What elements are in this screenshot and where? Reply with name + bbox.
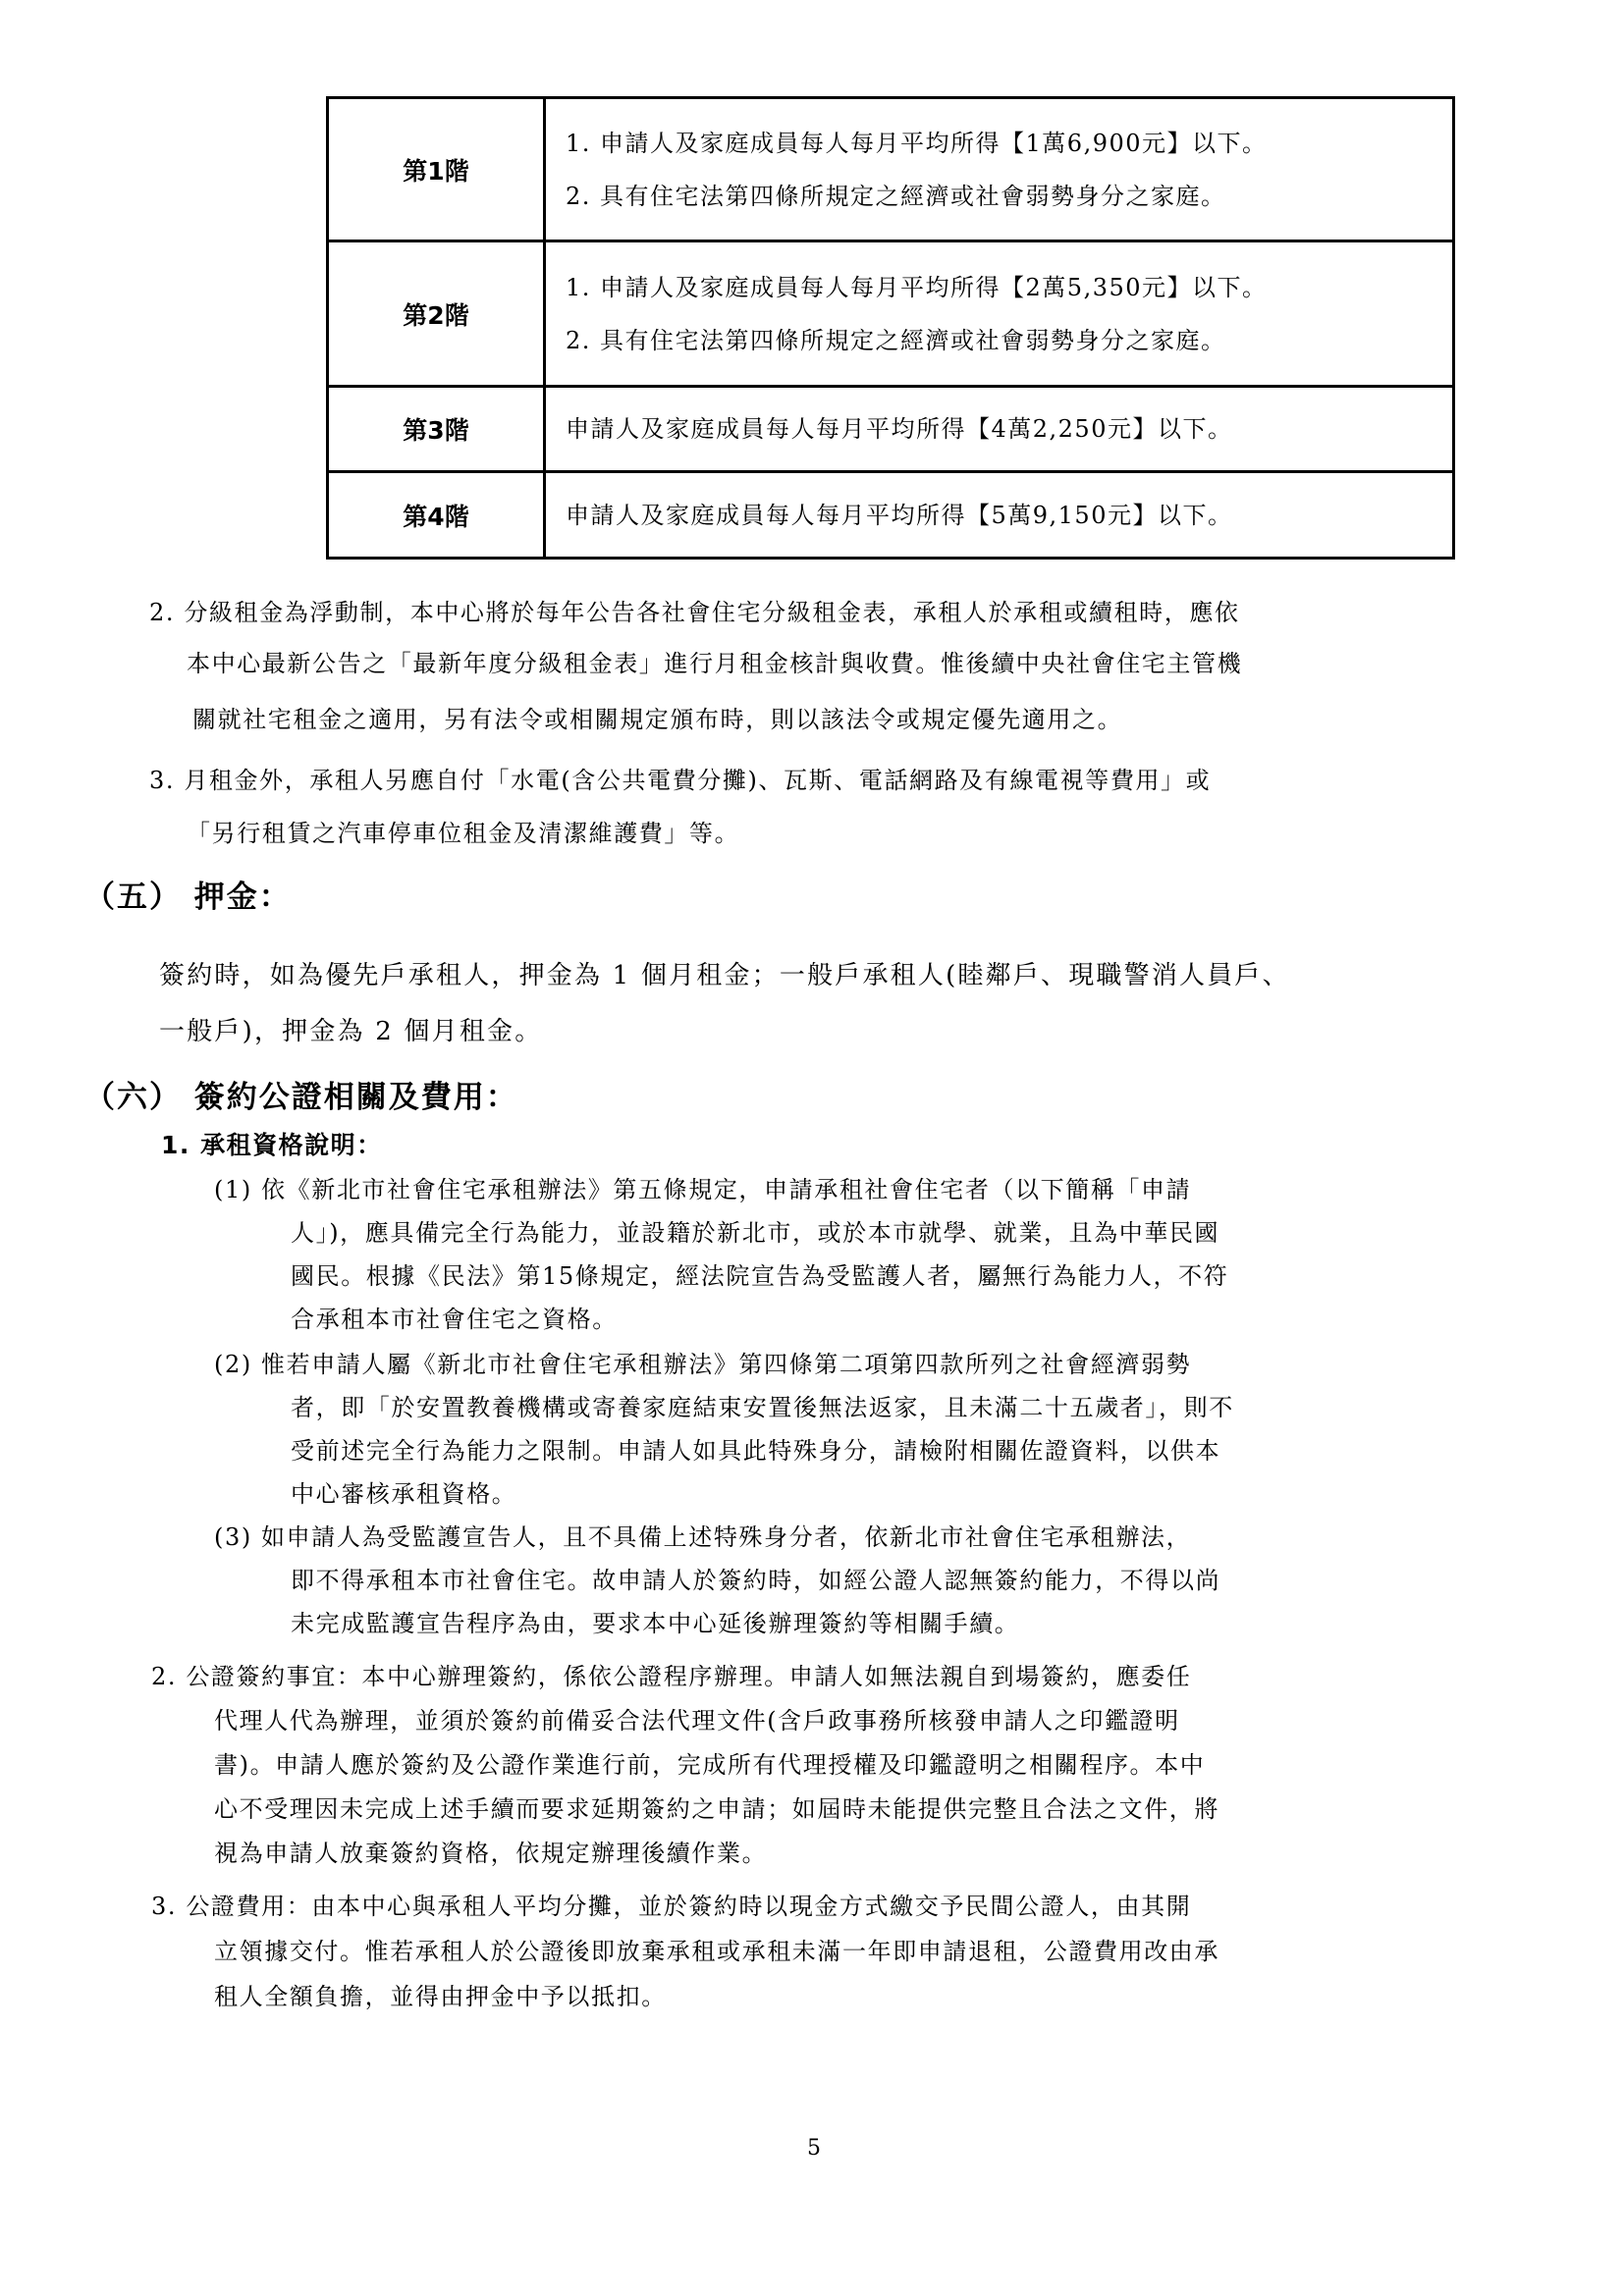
eligibility-clause-2-line: (2) 惟若申請人屬《新北市社會住宅承租辦法》第四條第二項第四款所列之社會經濟弱… <box>214 1345 1191 1379</box>
eligibility-clause-3-line: (3) 如申請人為受監護宣告人，且不具備上述特殊身分者，依新北市社會住宅承租辦法… <box>214 1518 1191 1552</box>
tier-label: 第2階 <box>328 241 545 387</box>
tier-row: 第2階 1. 申請人及家庭成員每人每月平均所得【2萬5,350元】以下。 2. … <box>328 241 1454 387</box>
deposit-text-line: 一般戶)，押金為 2 個月租金。 <box>159 1011 542 1047</box>
notarization-matters-line: 視為申請人放棄簽約資格，依規定辦理後續作業。 <box>214 1834 767 1868</box>
notarization-matters-line: 書)。申請人應於簽約及公證作業進行前，完成所有代理授權及印鑑證明之相關程序。本中 <box>214 1745 1205 1780</box>
notarization-matters-line: 代理人代為辦理，並須於簽約前備妥合法代理文件(含戶政事務所核發申請人之印鑑證明 <box>214 1701 1180 1735</box>
eligibility-clause-1-line: 國民。根據《民法》第15條規定，經法院宣告為受監護人者，屬無行為能力人，不符 <box>291 1256 1228 1291</box>
tier-criterion: 1. 申請人及家庭成員每人每月平均所得【2萬5,350元】以下。 <box>566 261 1452 314</box>
section-heading-notarization: （六） 簽約公證相關及費用： <box>84 1072 518 1116</box>
income-tier-table: 第1階 1. 申請人及家庭成員每人每月平均所得【1萬6,900元】以下。 2. … <box>326 96 1455 560</box>
rent-note-3-line: 3. 月租金外，承租人另應自付「水電(含公共電費分攤)、瓦斯、電話網路及有線電視… <box>149 761 1211 795</box>
section-heading-deposit: （五） 押金： <box>84 872 292 916</box>
tier-row: 第3階 申請人及家庭成員每人每月平均所得【4萬2,250元】以下。 <box>328 387 1454 472</box>
eligibility-clause-1-line: (1) 依《新北市社會住宅承租辦法》第五條規定，申請承租社會住宅者（以下簡稱「申… <box>214 1170 1191 1204</box>
subsection-title-eligibility: 1. 承租資格說明： <box>161 1126 383 1161</box>
tier-criterion: 申請人及家庭成員每人每月平均所得【5萬9,150元】以下。 <box>566 489 1452 542</box>
eligibility-clause-3-line: 未完成監護宣告程序為由，要求本中心延後辦理簽約等相關手續。 <box>291 1604 1019 1638</box>
notarization-fee-line: 立領據交付。惟若承租人於公證後即放棄承租或承租未滿一年即申請退租，公證費用改由承 <box>214 1932 1219 1966</box>
tier-row: 第4階 申請人及家庭成員每人每月平均所得【5萬9,150元】以下。 <box>328 472 1454 559</box>
eligibility-clause-2-line: 者，即「於安置教養機構或寄養家庭結束安置後無法返家，且未滿二十五歲者」，則不 <box>291 1388 1234 1422</box>
tier-description: 申請人及家庭成員每人每月平均所得【4萬2,250元】以下。 <box>545 387 1454 472</box>
deposit-text-line: 簽約時，如為優先戶承租人，押金為 1 個月租金；一般戶承租人(睦鄰戶、現職警消人… <box>159 955 1290 991</box>
tier-row: 第1階 1. 申請人及家庭成員每人每月平均所得【1萬6,900元】以下。 2. … <box>328 98 1454 241</box>
rent-note-3-line: 「另行租賃之汽車停車位租金及清潔維護費」等。 <box>187 814 739 848</box>
notarization-matters-line: 心不受理因未完成上述手續而要求延期簽約之申請；如屆時未能提供完整且合法之文件，將 <box>214 1789 1219 1824</box>
rent-note-2-line: 2. 分級租金為浮動制，本中心將於每年公告各社會住宅分級租金表，承租人於承租或續… <box>149 593 1240 627</box>
tier-label: 第4階 <box>328 472 545 559</box>
eligibility-clause-3-line: 即不得承租本市社會住宅。故申請人於簽約時，如經公證人認無簽約能力，不得以尚 <box>291 1561 1220 1595</box>
eligibility-clause-1-line: 合承租本市社會住宅之資格。 <box>291 1300 618 1334</box>
page-number: 5 <box>807 2136 821 2161</box>
tier-criterion: 申請人及家庭成員每人每月平均所得【4萬2,250元】以下。 <box>566 402 1452 455</box>
notarization-fee-line: 租人全額負擔，並得由押金中予以抵扣。 <box>214 1977 667 2011</box>
rent-note-2-line: 本中心最新公告之「最新年度分級租金表」進行月租金核計與收費。惟後續中央社會住宅主… <box>187 644 1242 678</box>
tier-description: 1. 申請人及家庭成員每人每月平均所得【1萬6,900元】以下。 2. 具有住宅… <box>545 98 1454 241</box>
notarization-matters-line: 2. 公證簽約事宜：本中心辦理簽約，係依公證程序辦理。申請人如無法親自到場簽約，… <box>151 1657 1191 1691</box>
tier-description: 申請人及家庭成員每人每月平均所得【5萬9,150元】以下。 <box>545 472 1454 559</box>
eligibility-clause-2-line: 受前述完全行為能力之限制。申請人如具此特殊身分，請檢附相關佐證資料，以供本 <box>291 1431 1220 1466</box>
eligibility-clause-2-line: 中心審核承租資格。 <box>291 1474 516 1509</box>
tier-criterion: 2. 具有住宅法第四條所規定之經濟或社會弱勢身分之家庭。 <box>566 314 1452 367</box>
tier-criterion: 1. 申請人及家庭成員每人每月平均所得【1萬6,900元】以下。 <box>566 117 1452 170</box>
rent-note-2-line: 關就社宅租金之適用，另有法令或相關規定頒布時，則以該法令或規定優先適用之。 <box>192 700 1122 734</box>
tier-description: 1. 申請人及家庭成員每人每月平均所得【2萬5,350元】以下。 2. 具有住宅… <box>545 241 1454 387</box>
document-page: 第1階 1. 申請人及家庭成員每人每月平均所得【1萬6,900元】以下。 2. … <box>0 0 1624 2296</box>
tier-label: 第3階 <box>328 387 545 472</box>
notarization-fee-line: 3. 公證費用：由本中心與承租人平均分攤，並於簽約時以現金方式繳交予民間公證人，… <box>151 1887 1191 1921</box>
tier-criterion: 2. 具有住宅法第四條所規定之經濟或社會弱勢身分之家庭。 <box>566 170 1452 223</box>
eligibility-clause-1-line: 人」)，應具備完全行為能力，並設籍於新北市，或於本市就學、就業，且為中華民國 <box>291 1213 1219 1248</box>
tier-label: 第1階 <box>328 98 545 241</box>
